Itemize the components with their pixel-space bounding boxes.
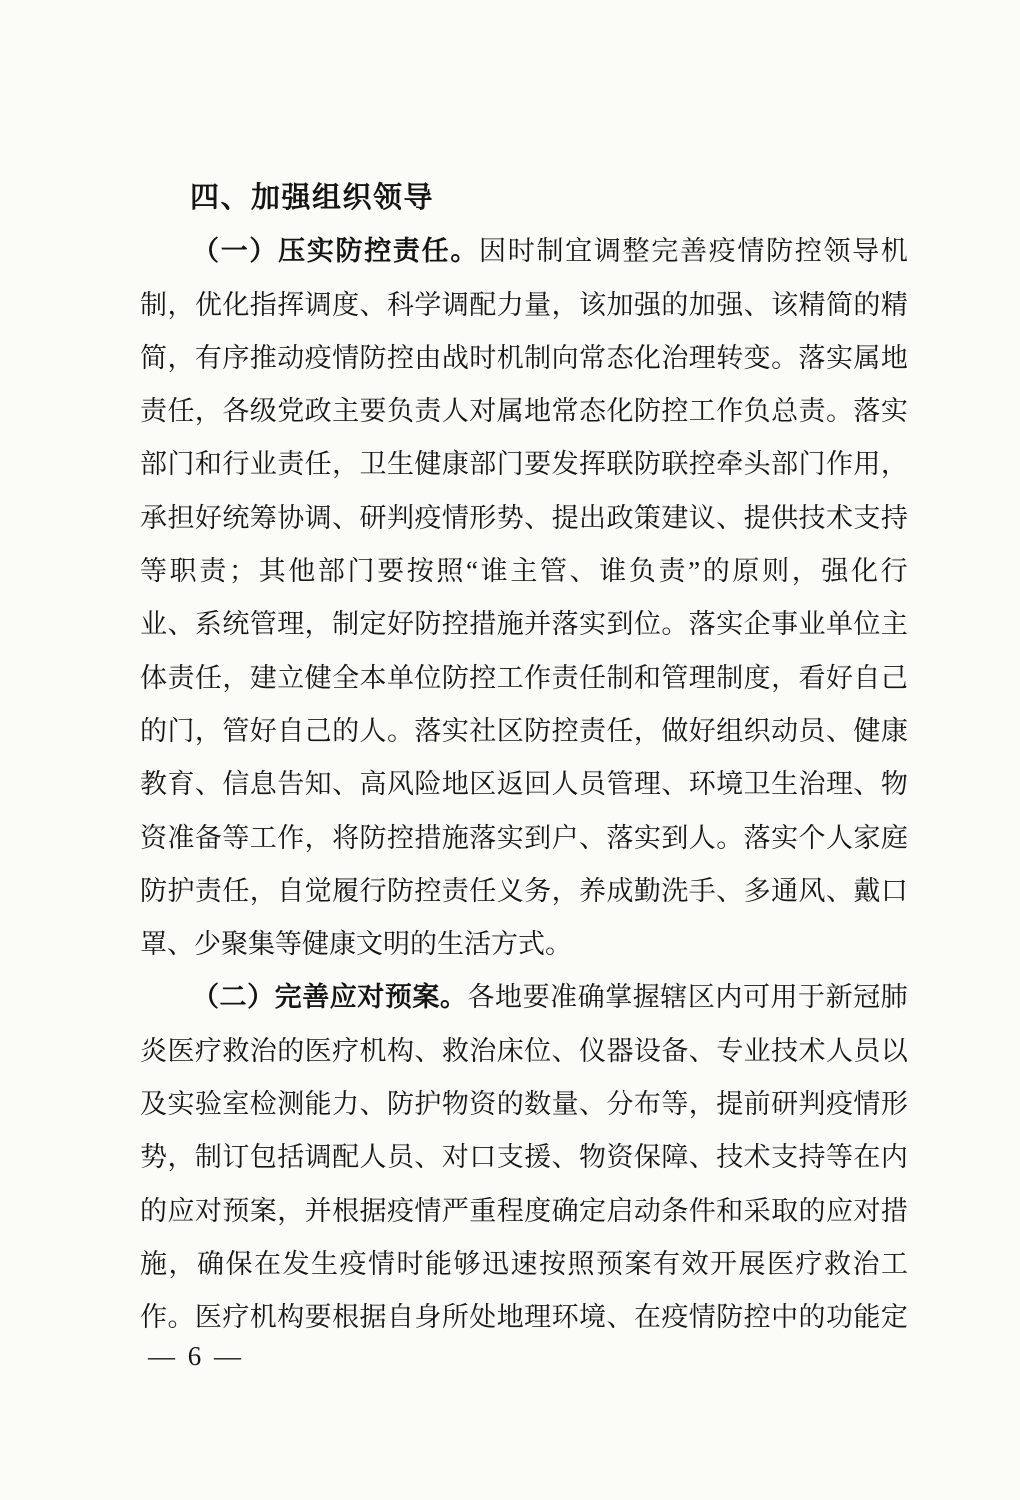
text-line: 体责任，建立健全本单位防控工作责任制和管理制度，看好自己 <box>140 660 908 713</box>
text-line: 及实验室检测能力、防护物资的数量、分布等，提前研判疫情形 <box>140 1086 908 1139</box>
document-body: 四、加强组织领导 （一）压实防控责任。因时制宜调整完善疫情防控领导机制，优化指挥… <box>140 180 908 1353</box>
text-line: 的门，管好自己的人。落实社区防控责任，做好组织动员、健康 <box>140 713 908 766</box>
text-line: 的应对预案，并根据疫情严重程度确定启动条件和采取的应对措 <box>140 1193 908 1246</box>
text-line: 势，制订包括调配人员、对口支援、物资保障、技术支持等在内 <box>140 1139 908 1192</box>
text-line: 作。医疗机构要根据自身所处地理环境、在疫情防控中的功能定 <box>140 1299 908 1352</box>
text-line: 简，有序推动疫情防控由战时机制向常态化治理转变。落实属地 <box>140 340 908 393</box>
text-line: 业、系统管理，制定好防控措施并落实到位。落实企事业单位主 <box>140 606 908 659</box>
text-line: （二）完善应对预案。各地要准确掌握辖区内可用于新冠肺 <box>140 979 908 1032</box>
page-number: — 6 — <box>148 1338 244 1375</box>
text-line: 等职责；其他部门要按照“谁主管、谁负责”的原则，强化行 <box>140 553 908 606</box>
text-line: 教育、信息告知、高风险地区返回人员管理、环境卫生治理、物 <box>140 766 908 819</box>
text-line: 施，确保在发生疫情时能够迅速按照预案有效开展医疗救治工 <box>140 1246 908 1299</box>
body-lines: （一）压实防控责任。因时制宜调整完善疫情防控领导机制，优化指挥调度、科学调配力量… <box>140 233 908 1352</box>
document-page: 四、加强组织领导 （一）压实防控责任。因时制宜调整完善疫情防控领导机制，优化指挥… <box>0 0 1020 1500</box>
text-line: （一）压实防控责任。因时制宜调整完善疫情防控领导机 <box>140 233 908 286</box>
text-line: 防护责任，自觉履行防控责任义务，养成勤洗手、多通风、戴口 <box>140 873 908 926</box>
text-line: 罩、少聚集等健康文明的生活方式。 <box>140 926 908 979</box>
text-line: 制，优化指挥调度、科学调配力量，该加强的加强、该精简的精 <box>140 287 908 340</box>
section-heading: 四、加强组织领导 <box>140 180 908 233</box>
text-line: 炎医疗救治的医疗机构、救治床位、仪器设备、专业技术人员以 <box>140 1033 908 1086</box>
text-line: 部门和行业责任，卫生健康部门要发挥联防联控牵头部门作用， <box>140 446 908 499</box>
text-line: 责任，各级党政主要负责人对属地常态化防控工作负总责。落实 <box>140 393 908 446</box>
text-line: 资准备等工作，将防控措施落实到户、落实到人。落实个人家庭 <box>140 820 908 873</box>
text-line: 承担好统筹协调、研判疫情形势、提出政策建议、提供技术支持 <box>140 500 908 553</box>
